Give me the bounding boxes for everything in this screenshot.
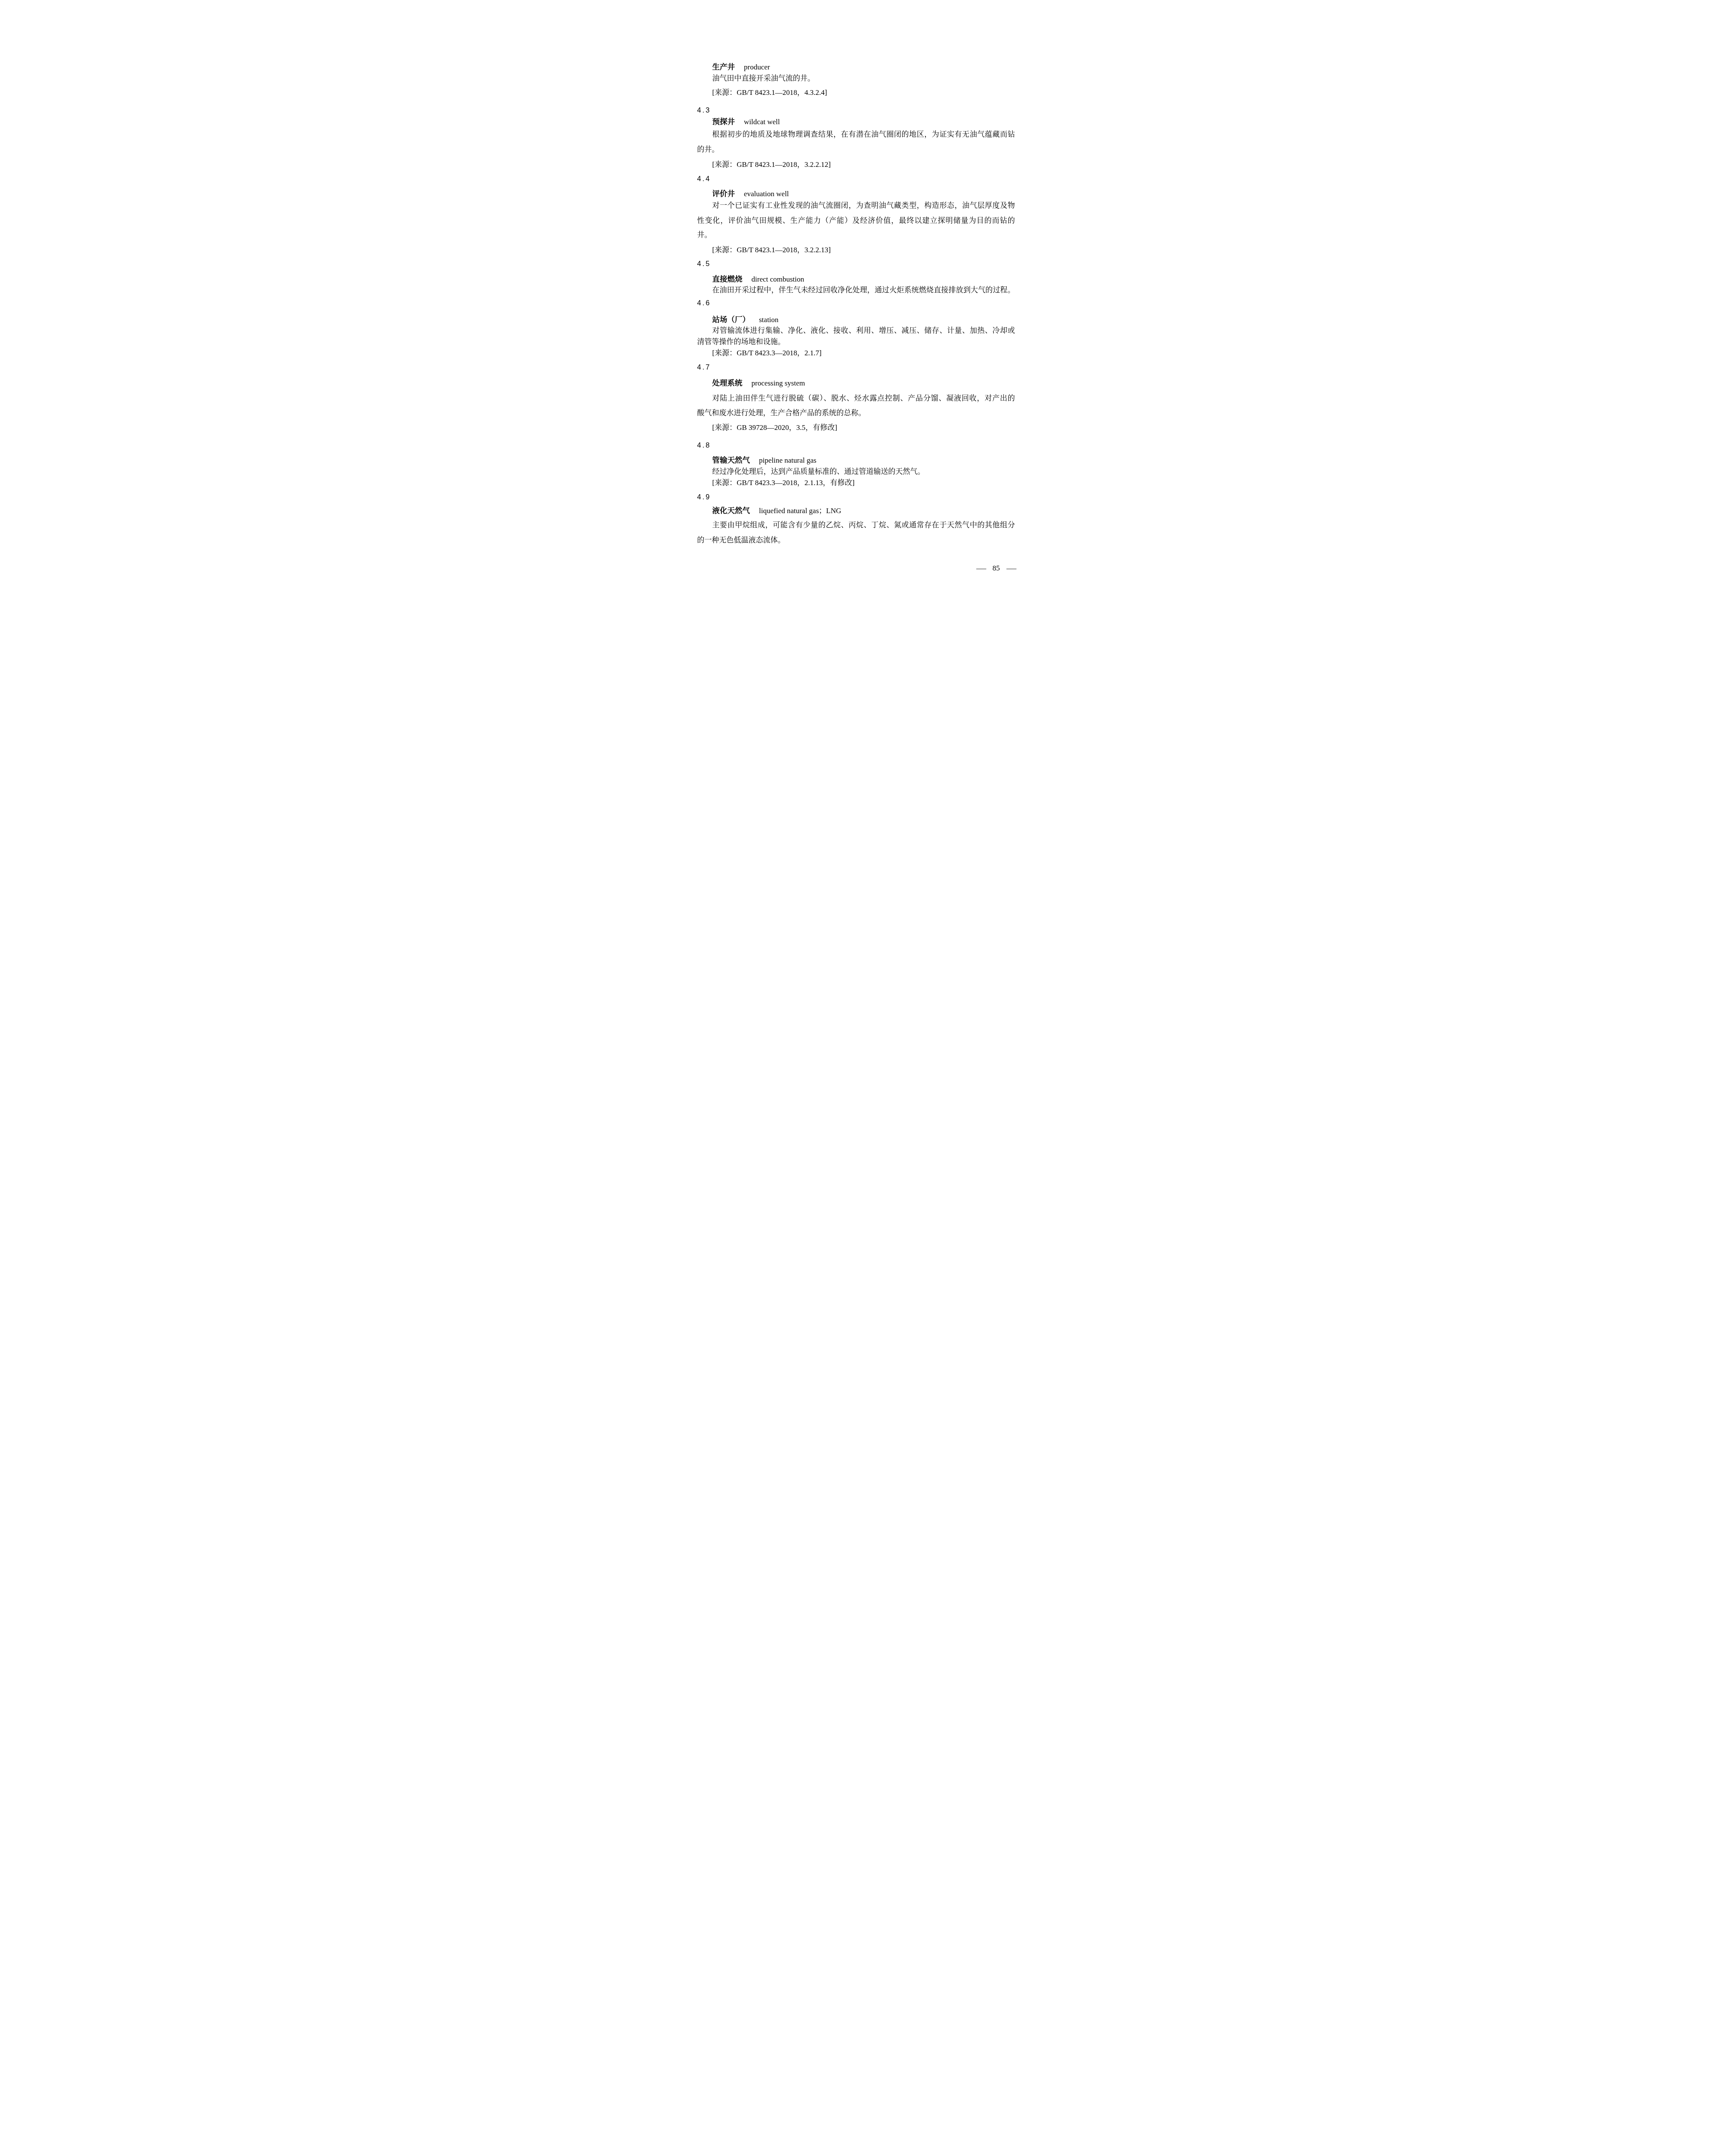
clause-number: 4.7 [697,362,711,373]
definition-line: 在油田开采过程中，伴生气未经过回收净化处理，通过火炬系统燃烧直接排放到大气的过程… [712,285,1015,295]
term-line: 管输天然气pipeline natural gas [712,455,817,465]
source-citation: [来源：GB/T 8423.1—2018，3.2.2.13] [712,245,831,255]
source-citation: [来源：GB/T 8423.3—2018，2.1.7] [712,348,822,358]
term-chinese: 预探井 [712,117,735,126]
term-line: 预探井wildcat well [712,116,780,127]
source-citation: [来源：GB/T 8423.1—2018，4.3.2.4] [712,88,828,98]
term-line: 液化天然气liquefied natural gas；LNG [712,505,841,516]
footer-right-dash: — [1007,564,1016,573]
source-citation: [来源：GB/T 8423.3—2018，2.1.13，有修改] [712,478,855,488]
definition-line: 对一个已证实有工业性发现的油气流圈闭，为查明油气藏类型，构造形态，油气层厚度及物 [712,201,1015,211]
term-line: 评价井evaluation well [712,188,789,199]
clause-number: 4.6 [697,298,711,308]
definition-line: 清管等操作的场地和设施。 [697,337,785,347]
term-chinese: 生产井 [712,63,735,71]
term-chinese: 液化天然气 [712,506,750,515]
clause-number: 4.3 [697,105,711,116]
definition-line: 主要由甲烷组成，可能含有少量的乙烷、丙烷、丁烷、氮或通常存在于天然气中的其他组分 [712,520,1015,530]
term-english: direct combustion [752,275,804,283]
page-footer: — 85 — [978,563,1015,573]
term-english: pipeline natural gas [759,456,816,464]
definition-line: 经过净化处理后，达到产品质量标准的、通过管道输送的天然气。 [712,467,925,477]
source-citation: [来源：GB/T 8423.1—2018，3.2.2.12] [712,160,831,170]
term-english: wildcat well [744,118,780,126]
clause-number: 4.5 [697,259,711,269]
term-line: 处理系统processing system [712,378,805,388]
term-line: 站场（厂）station [712,314,779,325]
term-line: 直接燃烧direct combustion [712,274,804,284]
clause-number: 4.9 [697,492,711,502]
definition-line: 井。 [697,230,712,240]
definition-line: 性变化，评价油气田规模、生产能力（产能）及经济价值，最终以建立探明储量为目的而钻… [697,216,1015,226]
term-line: 生产井producer [712,62,770,72]
standard-document-page: 生产井producer 油气田中直接开采油气流的井。 [来源：GB/T 8423… [642,0,1070,605]
page-number: 85 [993,564,1000,573]
term-english: liquefied natural gas；LNG [759,507,841,515]
term-english: processing system [752,379,805,387]
clause-number: 4.4 [697,174,711,184]
term-chinese: 管输天然气 [712,456,750,464]
source-citation: [来源：GB 39728—2020，3.5，有修改] [712,423,837,433]
term-english: station [759,316,778,324]
clause-number: 4.8 [697,440,711,451]
term-chinese: 处理系统 [712,379,743,387]
term-chinese: 直接燃烧 [712,275,743,283]
definition-line: 对管输流体进行集输、净化、液化、接收、利用、增压、减压、储存、计量、加热、冷却或 [712,326,1015,336]
definition-line: 油气田中直接开采油气流的井。 [712,73,815,84]
term-chinese: 站场（厂） [712,315,750,324]
definition-line: 根据初步的地质及地球物理调查结果，在有潜在油气圈闭的地区，为证实有无油气蕴藏而钻 [712,129,1015,140]
footer-left-dash: — [976,564,986,573]
definition-line: 的井。 [697,144,719,155]
definition-line: 的一种无色低温液态流体。 [697,535,785,545]
term-english: evaluation well [744,190,789,198]
term-english: producer [744,63,770,71]
definition-line: 酸气和废水进行处理，生产合格产品的系统的总称。 [697,408,866,418]
term-chinese: 评价井 [712,189,735,198]
definition-line: 对陆上油田伴生气进行脱硫（碳）、脱水、烃水露点控制、产品分馏、凝液回收，对产出的 [712,393,1015,404]
